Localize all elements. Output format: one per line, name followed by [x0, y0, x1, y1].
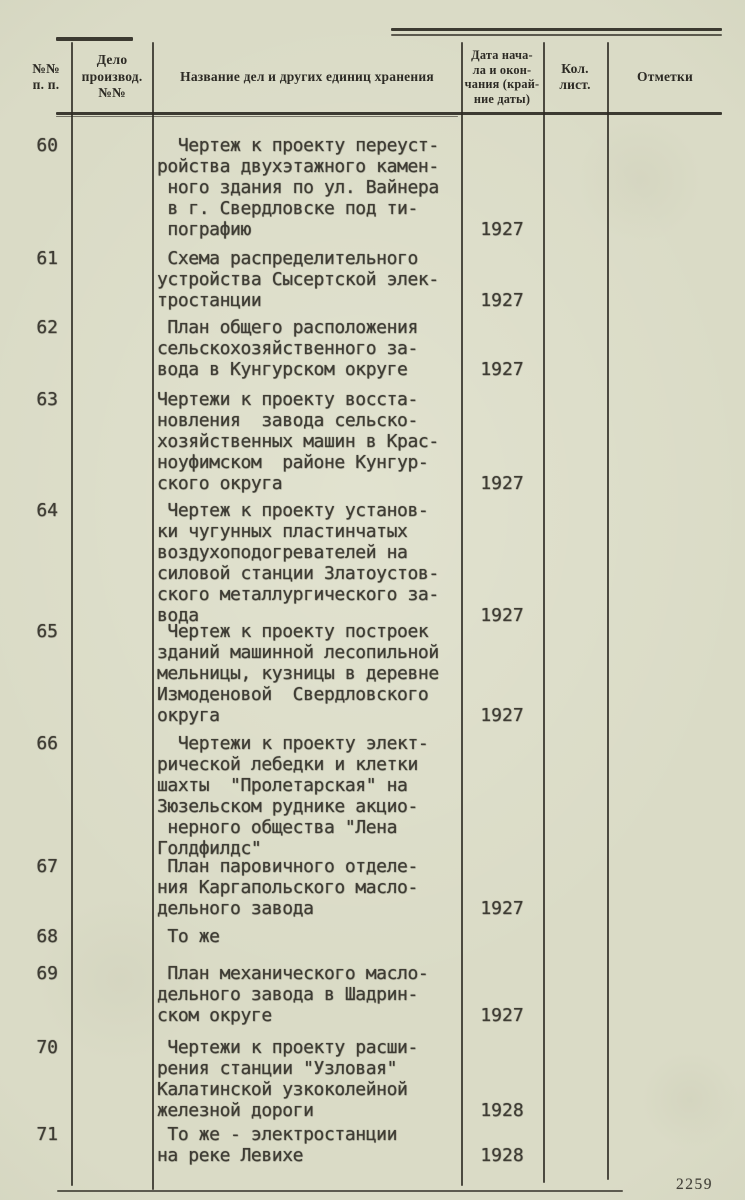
row-date: 1928: [464, 1145, 540, 1166]
row-number: 66: [20, 733, 58, 754]
table-row: 69 План механического масло- дельного за…: [0, 963, 745, 1026]
row-date: 1927: [464, 1005, 540, 1026]
table-row: 61 Схема распределительного устройства С…: [0, 248, 745, 311]
table-row: 68 То же: [0, 926, 745, 947]
row-number: 60: [20, 135, 58, 156]
header-col-number: №№ п. п.: [22, 42, 70, 112]
row-title: Чертежи к проекту элект- рической лебедк…: [157, 733, 459, 859]
row-title: Чертежи к проекту восста- новления завод…: [157, 389, 459, 494]
table-row: 65 Чертеж к проекту построек зданий маши…: [0, 621, 745, 726]
row-date: 1927: [464, 219, 540, 240]
row-number: 61: [20, 248, 58, 269]
row-title: Чертеж к проекту установ- ки чугунных пл…: [157, 500, 459, 626]
table-row: 71 То же - электростанции на реке Левихе…: [0, 1124, 745, 1166]
table-bottom-rule: [57, 1190, 623, 1192]
row-title: Схема распределительного устройства Сысе…: [157, 248, 459, 311]
table-row: 66 Чертежи к проекту элект- рической леб…: [0, 733, 745, 859]
row-title: То же: [157, 926, 459, 947]
row-title: Чертеж к проекту построек зданий машинно…: [157, 621, 459, 726]
row-number: 64: [20, 500, 58, 521]
row-title: План механического масло- дельного завод…: [157, 963, 459, 1026]
row-number: 70: [20, 1037, 58, 1058]
row-number: 67: [20, 856, 58, 877]
header-col-case-number: Дело производ. №№: [74, 42, 150, 112]
row-number: 63: [20, 389, 58, 410]
header-col-dates: Дата нача- ла и окон- чания (край- ние д…: [463, 42, 541, 112]
row-date: 1927: [464, 473, 540, 494]
row-number: 71: [20, 1124, 58, 1145]
row-title: План общего расположения сельскохозяйств…: [157, 317, 459, 380]
row-number: 65: [20, 621, 58, 642]
row-date: 1928: [464, 1100, 540, 1121]
row-title: Чертежи к проекту расши- рения станции "…: [157, 1037, 459, 1121]
header-bottom-rule-2: [56, 116, 458, 117]
row-title: Чертеж к проекту переуст- ройства двухэт…: [157, 135, 459, 240]
header-col-title: Название дел и других единиц хранения: [155, 42, 459, 112]
row-number: 68: [20, 926, 58, 947]
table-row: 67 План паровичного отделе- ния Каргапол…: [0, 856, 745, 919]
table-top-rule-left: [56, 37, 133, 41]
table-row: 60 Чертеж к проекту переуст- ройства дву…: [0, 135, 745, 240]
page-number: 2259: [676, 1176, 713, 1194]
table-row: 64 Чертеж к проекту установ- ки чугунных…: [0, 500, 745, 626]
table-top-rule-right-2: [391, 34, 722, 36]
row-date: 1927: [464, 290, 540, 311]
table-top-rule-right: [391, 28, 722, 31]
header-bottom-rule: [56, 112, 722, 115]
row-number: 69: [20, 963, 58, 984]
header-col-sheet-count: Кол. лист.: [545, 42, 605, 112]
table-row: 62 План общего расположения сельскохозяй…: [0, 317, 745, 380]
row-title: План паровичного отделе- ния Каргапольск…: [157, 856, 459, 919]
row-date: 1927: [464, 705, 540, 726]
row-title: То же - электростанции на реке Левихе: [157, 1124, 459, 1166]
table-row: 70 Чертежи к проекту расши- рения станци…: [0, 1037, 745, 1121]
table-row: 63 Чертежи к проекту восста- новления за…: [0, 389, 745, 494]
row-date: 1927: [464, 359, 540, 380]
row-number: 62: [20, 317, 58, 338]
row-date: 1927: [464, 898, 540, 919]
header-col-notes: Отметки: [609, 42, 721, 112]
scanned-archive-inventory-page: №№ п. п. Дело производ. №№ Название дел …: [0, 0, 745, 1200]
